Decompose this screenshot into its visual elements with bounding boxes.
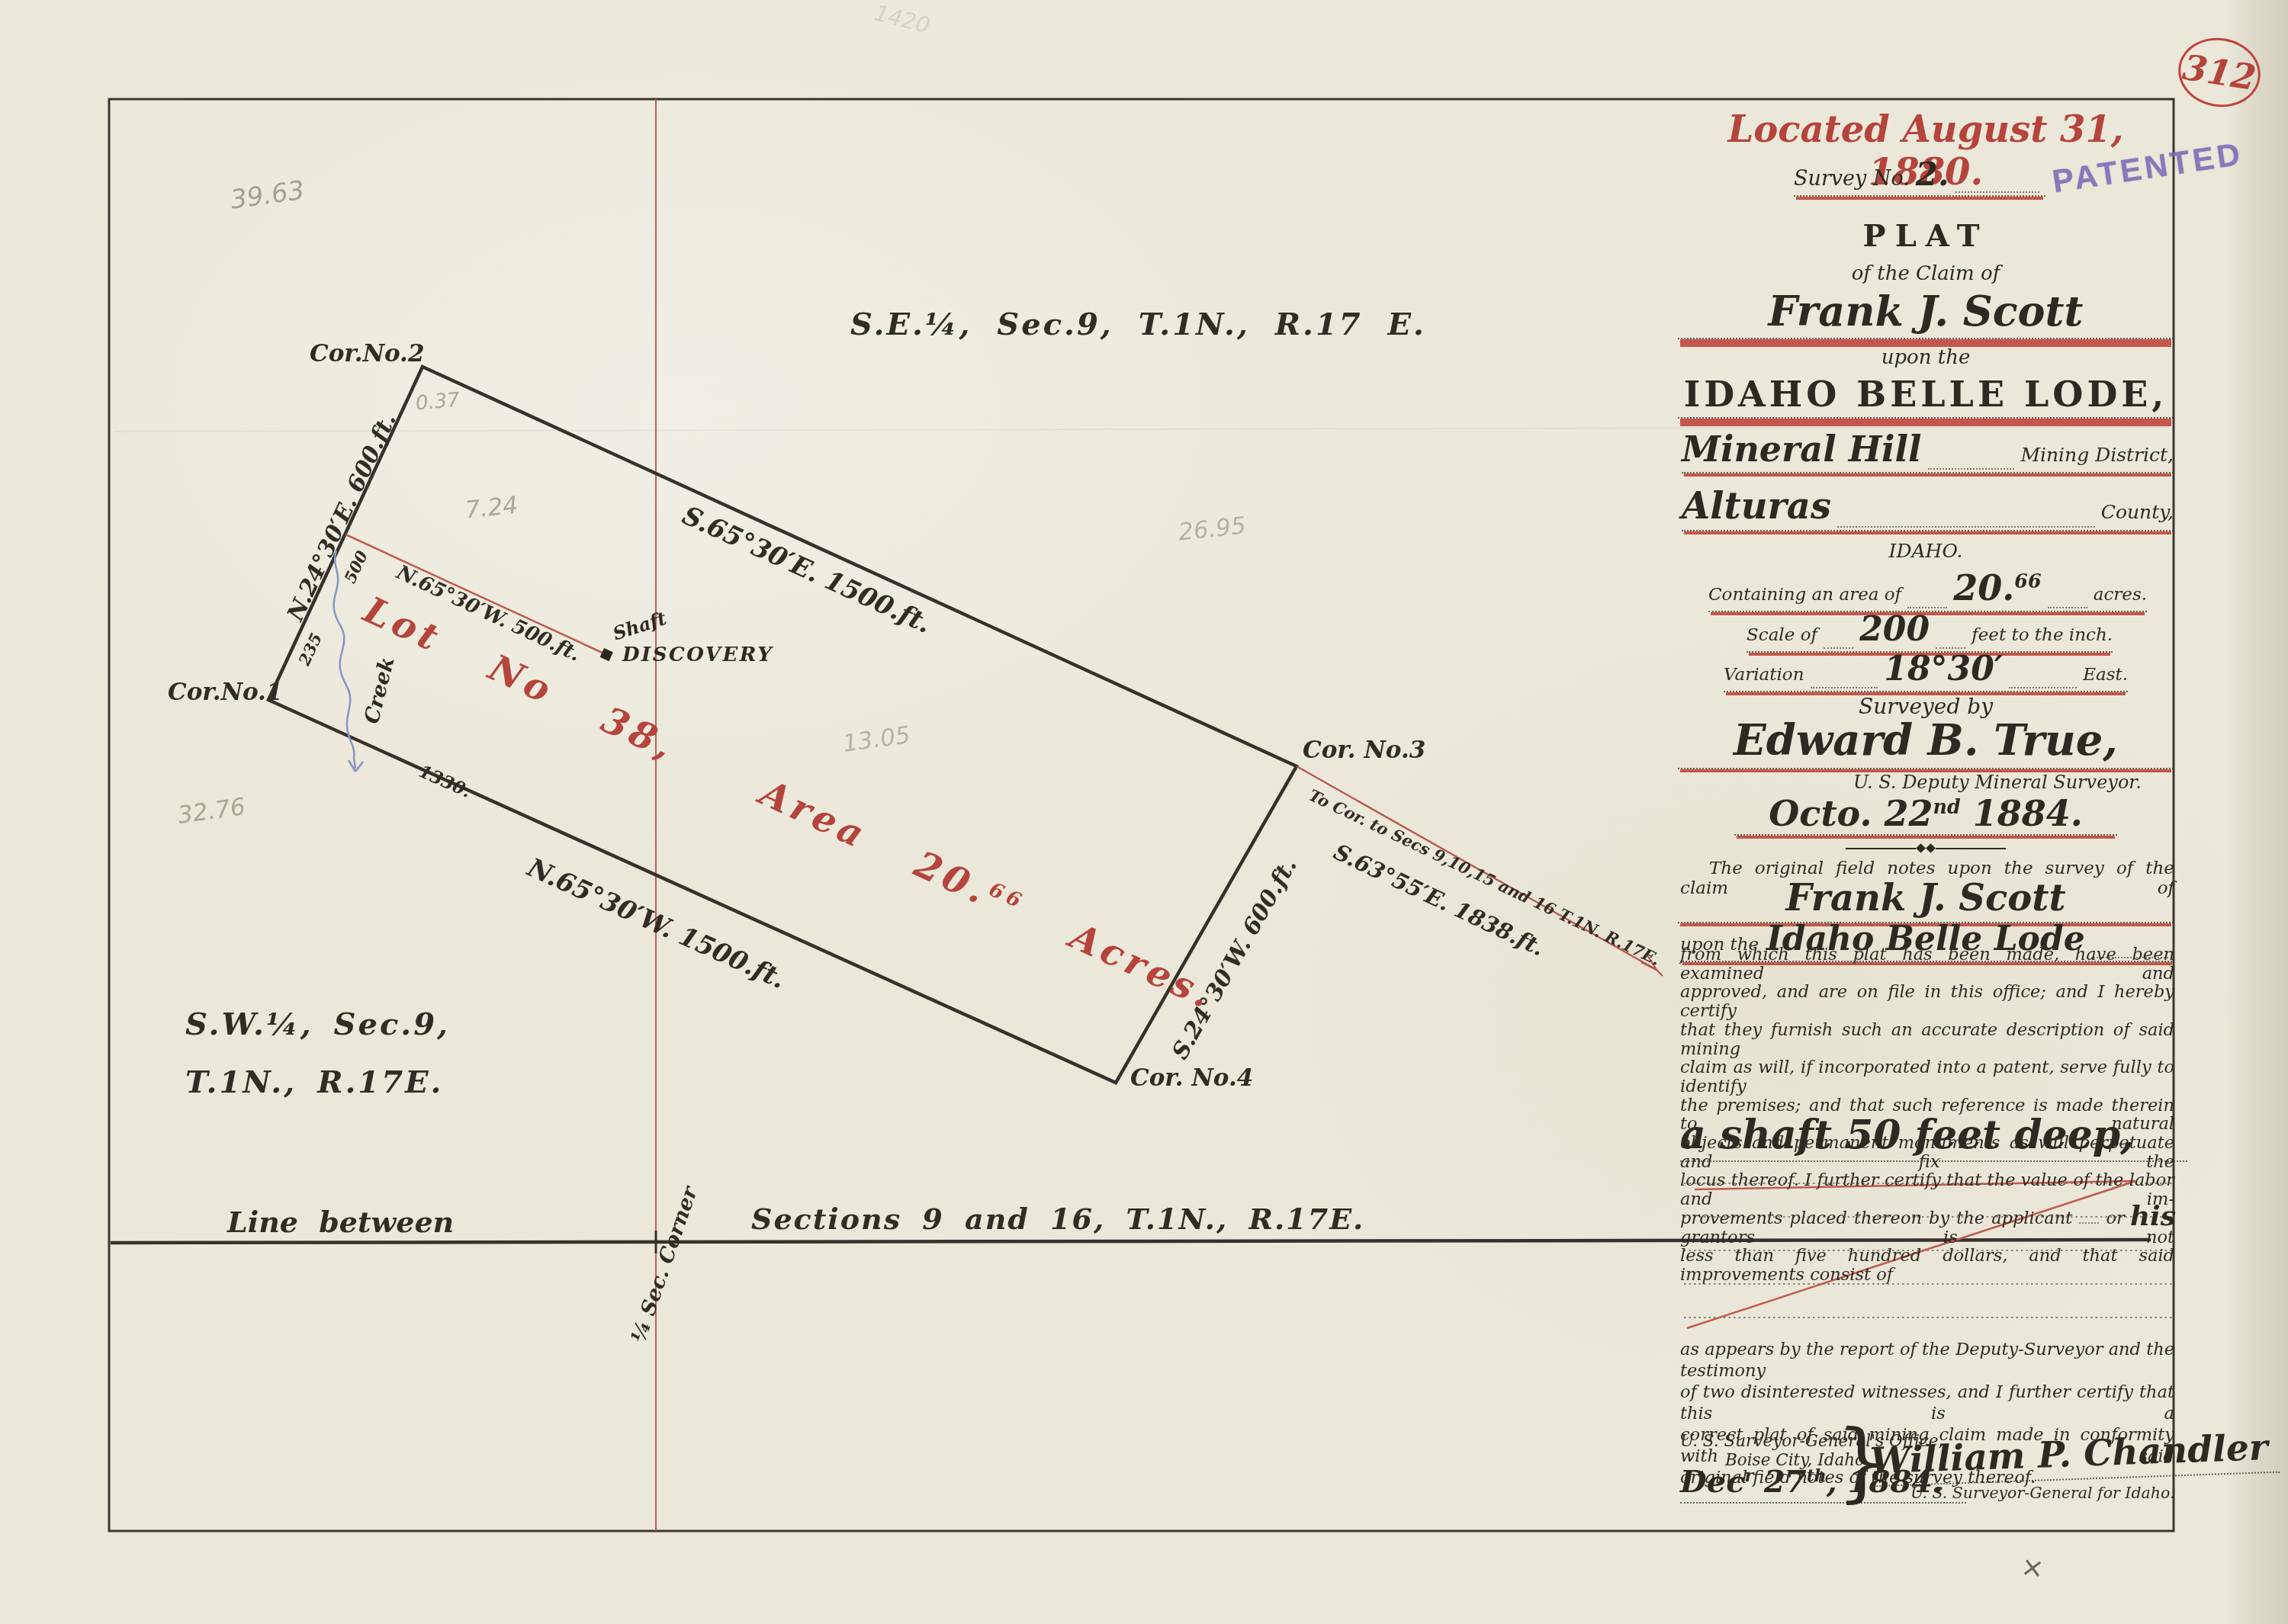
dotted-fill [1936,644,1965,649]
se-quarter-heading: S.E.¼, Sec.9, T.1N., R.17 E. [850,307,1426,342]
certificate-body-line: approved, and are on file in this office… [1680,983,2174,1020]
lode-line: IDAHO BELLE LODE, [1678,374,2174,419]
survey-date: Octo. 22nd 1884. [1734,793,2116,836]
sw-quarter-heading-line2: T.1N., R.17E. [185,1064,443,1100]
variation-line: Variation 18°30′ East. [1724,650,2128,692]
district-value: Mineral Hill [1682,428,1922,470]
section-line-label-right: Sections 9 and 16, T.1N., R.17E. [751,1202,1364,1236]
survey-date-line: Octo. 22nd 1884. [1678,793,2174,836]
pencil-note: 0.37 [415,389,461,416]
certificate-body-line: claim as will, if incorporated into a pa… [1680,1058,2174,1096]
dotted-fill [1837,523,2095,528]
certificate-body-line: locus thereof. I further certify that th… [1680,1171,2174,1208]
dotted-fill [2048,604,2087,608]
sheet-number: 312 [2180,47,2258,98]
district-line: Mineral Hill Mining District, [1682,428,2174,473]
dotted-fill [2009,684,2077,688]
scale-value: 200 [1859,610,1930,649]
scale-line: Scale of 200 feet to the inch. [1747,610,2113,653]
pencil-note: 7.24 [464,491,519,524]
area-value: 20.66 [1953,567,2041,608]
corner-1-label: Cor.No.1 [168,679,282,706]
county-line: Alturas County, [1682,485,2174,531]
discovery-label: DISCOVERY [622,644,773,666]
corner-4-label: Cor. No.4 [1130,1064,1253,1092]
certificate-closing-line: as appears by the report of the Deputy-S… [1680,1339,2174,1382]
survey-no-line: Survey No. 2. [1794,156,2045,197]
dotted-fill [2079,1212,2099,1224]
improvements-line: a shaft 50 feet deep, [1680,1112,2187,1162]
county-value: Alturas [1682,485,1831,528]
scale-label: Scale of [1747,625,1817,645]
dotted-fill [1824,644,1853,649]
claimant-name: Frank J. Scott [1678,287,2174,339]
certificate-body-line: provements placed thereon by the applica… [1680,1209,2174,1247]
dotted-fill [1928,465,2015,470]
certificate-claimant: Frank J. Scott [1678,877,2174,923]
signature-title: U. S. Surveyor-General for Idaho. [1910,1484,2175,1502]
ornament-divider [1846,845,2006,852]
of-claim-label: of the Claim of [1678,262,2174,285]
variation-label: Variation [1724,665,1804,685]
area-label: Containing an area of [1708,585,1901,605]
dotted-fill [1955,188,2039,193]
certificate-body-line: from which this plat has been made, have… [1680,945,2174,983]
county-label: County, [2101,501,2174,523]
variation-value: 18°30′ [1884,650,2003,688]
dotted-fill [1907,604,1947,608]
surveyor-name: Edward B. True, [1678,715,2174,769]
lode-name: IDAHO BELLE LODE, [1678,374,2174,419]
improvements-value: a shaft 50 feet deep, [1680,1112,2187,1162]
area-line: Containing an area of 20.66 acres. [1708,567,2147,612]
certificate-body-line: that they furnish such an accurate descr… [1680,1021,2174,1058]
corner-2-label: Cor.No.2 [310,340,424,367]
dotted-fill [1811,684,1878,688]
state-label: IDAHO. [1678,540,2174,562]
variation-unit: East. [2083,665,2128,685]
district-label: Mining District, [2020,444,2174,466]
certificate-claimant-line: Frank J. Scott [1678,877,2174,923]
sw-quarter-heading-line1: S.W.¼, Sec.9, [185,1006,450,1042]
certificate-closing-line: of two disinterested witnesses, and I fu… [1680,1382,2174,1424]
surveyor-line: Edward B. True, [1678,715,2174,769]
upon-the-label: upon the [1678,346,2174,369]
plat-title: PLAT [1678,218,2174,254]
area-unit: acres. [2094,585,2147,605]
certificate-body-line: less than five hundred dollars, and that… [1680,1247,2174,1284]
shaft-symbol [600,648,613,661]
scale-unit: feet to the inch. [1971,625,2113,645]
survey-no-value: 2. [1916,156,1949,193]
surveyor-title: U. S. Deputy Mineral Surveyor. [1853,772,2142,793]
section-line-label-left: Line between [227,1205,454,1239]
x-mark: × [2019,1551,2046,1585]
corner-3-label: Cor. No.3 [1303,737,1425,764]
survey-no-label: Survey No. [1794,167,1910,191]
claimant-line: Frank J. Scott [1678,287,2174,339]
handwritten-his: his [2130,1200,2176,1232]
plat-sheet: 312 PATENTED Located August 31, 1880. Su… [0,0,2288,1624]
